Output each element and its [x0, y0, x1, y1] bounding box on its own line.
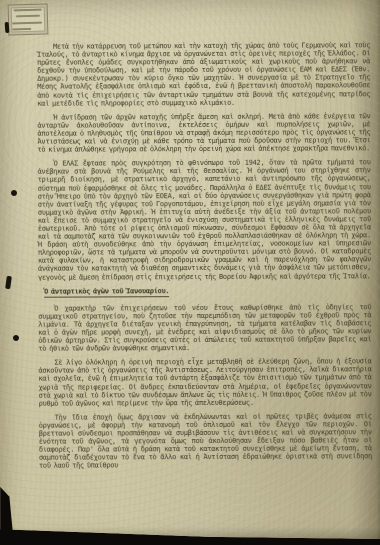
ink-mark: [5, 276, 12, 290]
stamp-text-line: [12, 21, 42, 24]
paragraph-2: Ἡ ἀντίδραση τῶν ἀρχῶν κατοχῆς ὑπῆρξε ἄμε…: [37, 112, 370, 154]
scanned-document-photo: Μετὰ τὴν κατάρρευση τοῦ μετώπου καὶ τὴν …: [0, 0, 380, 545]
paper-bottom-shadow: [0, 527, 380, 545]
paragraph-6: Τὴν ἴδια ἐποχὴ ὅμως ἄρχισαν νὰ ἐκδηλώνων…: [39, 412, 372, 470]
archive-stamp: [8, 3, 49, 35]
section-heading: Ὁ ἀνταρτικὸς ἀγὼν τοῦ Ἰανουαρίου.: [44, 287, 169, 298]
paragraph-3: Ὁ ΕΛΑΣ ἔφτασε πρὸς συγκρότηση τὸ φθινόπω…: [38, 158, 372, 281]
ink-mark: [5, 22, 10, 33]
ink-blot: [11, 190, 17, 196]
paragraph-5: Σὲ λίγο ὁλόκληρη ἡ ὀρεινὴ περιοχὴ εἶχε μ…: [38, 358, 371, 408]
stamp-text-line: [12, 28, 31, 31]
paragraph-1: Μετὰ τὴν κατάρρευση τοῦ μετώπου καὶ τὴν …: [37, 41, 370, 107]
paper: Μετὰ τὴν κατάρρευση τοῦ μετώπου καὶ τὴν …: [0, 0, 380, 545]
paragraph-4: Ὁ χαρακτὴρ τῶν ἐπιχειρήσεων τοῦ νέου ἔτο…: [38, 303, 371, 353]
document-text: Μετὰ τὴν κατάρρευση τοῦ μετώπου καὶ τὴν …: [37, 41, 372, 476]
stamp-text-line: [14, 9, 42, 12]
archive-stamp-text: [12, 9, 45, 31]
stamp-text-line: [16, 15, 39, 18]
ink-blot: [13, 335, 19, 341]
